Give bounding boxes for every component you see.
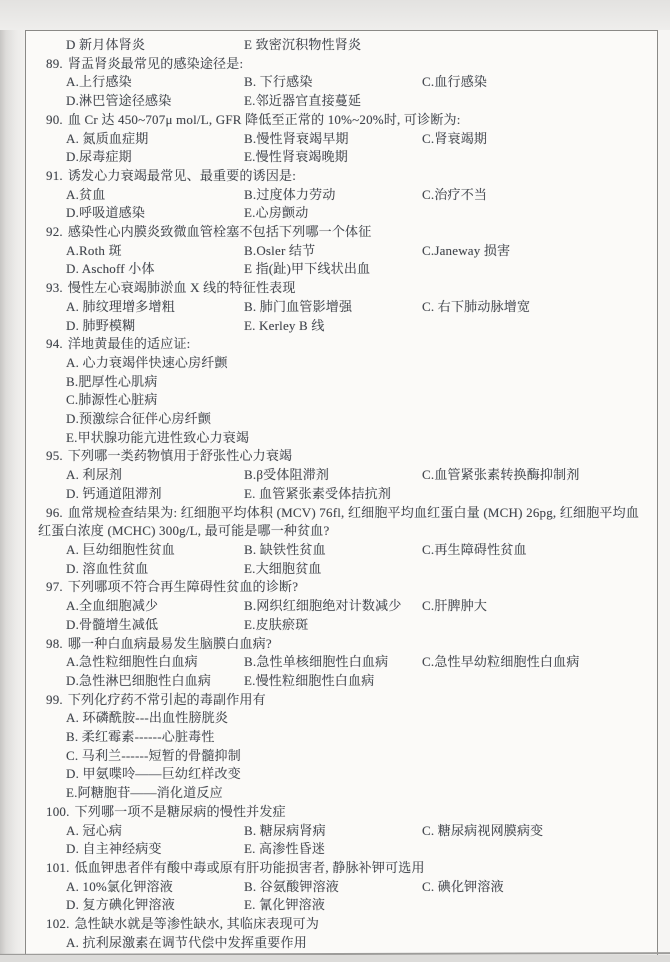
question-stem: 感染性心内膜炎致微血管栓塞不包括下列哪一个体征 [68,224,372,239]
question-number: 95. [46,448,63,463]
question-stem-line: 95.下列哪一类药物慎用于舒张性心力衰竭 [38,447,647,466]
question-number: 96. [46,505,63,520]
option: C.肾衰竭期 [422,130,487,149]
option-row: D. 肺野模糊E. Kerley B 线 [38,317,647,336]
option: B. 糖尿病肾病 [244,822,422,841]
option: C. 马利兰------短暂的骨髓抑制 [66,747,241,766]
option-row: A.贫血B.过度体力劳动C.治疗不当 [38,186,647,205]
question: 101.低血钾患者伴有酸中毒或原有肝功能损害者, 静脉补钾可选用A. 10%氯化… [38,859,647,915]
option: A. 利尿剂 [66,466,244,485]
question-number: 98. [46,636,63,651]
question-stem-line: 100.下列哪一项不是糖尿病的慢性并发症 [38,803,647,822]
option-row: C.肺源性心脏病 [38,391,647,410]
option: D. 甲氨喋呤——巨幼红样改变 [66,765,241,784]
question-stem: 肾盂肾炎最常见的感染途径是: [68,56,243,71]
option: D.尿毒症期 [66,148,244,167]
option: A.上行感染 [66,73,244,92]
option: B. 柔红霉素------心脏毒性 [66,728,215,747]
question-stem-line: 98.哪一种白血病最易发生脑膜白血病? [38,635,647,654]
option: C. 糖尿病视网膜病变 [422,822,543,841]
option: C.治疗不当 [422,186,487,205]
option: D. 钙通道阻滞剂 [66,485,244,504]
option: C.血行感染 [422,73,487,92]
question-stem-line: 99.下列化疗药不常引起的毒副作用有 [38,691,647,710]
question-number: 94. [46,336,63,351]
option: E.慢性肾衰竭晚期 [244,148,348,167]
option: A. 氮质血症期 [66,130,244,149]
question: 102.急性缺水就是等渗性缺水, 其临床表现可为A. 抗利尿激素在调节代偿中发挥… [38,915,647,952]
question-stem: 下列哪一类药物慎用于舒张性心力衰竭 [68,448,292,463]
option-row: A.Roth 斑B.Osler 结节C.Janeway 损害 [38,242,647,261]
question-number: 93. [46,280,63,295]
question-stem-line: 96.血常规检查结果为: 红细胞平均体积 (MCV) 76fl, 红细胞平均血红… [38,504,647,541]
option: A. 冠心病 [66,822,244,841]
question: 91.诱发心力衰竭最常见、最重要的诱因是:A.贫血B.过度体力劳动C.治疗不当D… [38,167,647,223]
question-stem: 下列哪一项不是糖尿病的慢性并发症 [75,804,286,819]
option: B.Osler 结节 [244,242,422,261]
option: B.肥厚性心肌病 [66,373,158,392]
question: 99.下列化疗药不常引起的毒副作用有A. 环磷酰胺---出血性膀胱炎B. 柔红霉… [38,691,647,803]
question: 93.慢性左心衰竭肺淤血 X 线的特征性表现A. 肺纹理增多增粗B. 肺门血管影… [38,279,647,335]
option: C.急性早幼粒细胞性白血病 [422,653,580,672]
option: C.肺源性心脏病 [66,391,158,410]
option: D 新月体肾炎 [66,36,244,55]
option: E 指(趾)甲下线状出血 [244,260,370,279]
option: E.心房颤动 [244,204,308,223]
option: C.再生障碍性贫血 [422,541,527,560]
option-row: D. 钙通道阻滞剂E. 血管紧张素受体拮抗剂 [38,485,647,504]
option: B.急性单核细胞性白血病 [244,653,422,672]
option-row: A. 肺纹理增多增粗B. 肺门血管影增强C. 右下肺动脉增宽 [38,298,647,317]
option: A. 肺纹理增多增粗 [66,298,244,317]
option-row: D.呼吸道感染E.心房颤动 [38,204,647,223]
option: D.预激综合征伴心房纤颤 [66,410,211,429]
option: B. 缺铁性贫血 [244,541,422,560]
question-stem: 急性缺水就是等渗性缺水, 其临床表现可为 [75,916,320,931]
option: D.呼吸道感染 [66,204,244,223]
option-row: A. 氮质血症期B.慢性肾衰竭早期C.肾衰竭期 [38,130,647,149]
question-stem: 下列哪项不符合再生障碍性贫血的诊断? [68,579,298,594]
option-row: E.阿糖胞苷——消化道反应 [38,784,647,803]
question-stem-line: 91.诱发心力衰竭最常见、最重要的诱因是: [38,167,647,186]
question-stem-line: 93.慢性左心衰竭肺淤血 X 线的特征性表现 [38,279,647,298]
option: E.慢性粒细胞性白血病 [244,672,374,691]
option: E. Kerley B 线 [244,317,325,336]
option-row: A. 环磷酰胺---出血性膀胱炎 [38,709,647,728]
option: A.Roth 斑 [66,242,244,261]
option-row: D.预激综合征伴心房纤颤 [38,410,647,429]
question-number: 92. [46,224,63,239]
question-stem-line: 90.血 Cr 达 450~707μ mol/L, GFR 降低至正常的 10%… [38,111,647,130]
option: D.急性淋巴细胞性白血病 [66,672,244,691]
option: A. 心力衰竭伴快速心房纤颤 [66,354,228,373]
question-number: 100. [46,804,70,819]
option: C. 右下肺动脉增宽 [422,298,530,317]
option-row: A. 抗利尿激素在调节代偿中发挥重要作用 [38,934,647,953]
option: E. 血管紧张素受体拮抗剂 [244,485,391,504]
scan-top-margin [0,0,670,30]
option-row: D. 自主神经病变E. 高渗性昏迷 [38,840,647,859]
option-row: A. 巨幼细胞性贫血B. 缺铁性贫血C.再生障碍性贫血 [38,541,647,560]
option: E.阿糖胞苷——消化道反应 [66,784,223,803]
option: E.邻近器官直接蔓延 [244,92,361,111]
question-stem: 哪一种白血病最易发生脑膜白血病? [68,636,272,651]
question: 100.下列哪一项不是糖尿病的慢性并发症A. 冠心病B. 糖尿病肾病C. 糖尿病… [38,803,647,859]
option-row: A.上行感染B. 下行感染C.血行感染 [38,73,647,92]
option-row: B.肥厚性心肌病 [38,373,647,392]
option-row: B. 柔红霉素------心脏毒性 [38,728,647,747]
exam-paper-frame: D 新月体肾炎E 致密沉积物性肾炎89.肾盂肾炎最常见的感染途径是:A.上行感染… [25,30,658,962]
question: 94.洋地黄最佳的适应证:A. 心力衰竭伴快速心房纤颤B.肥厚性心肌病C.肺源性… [38,335,647,447]
option: B.慢性肾衰竭早期 [244,130,422,149]
option: A. 抗利尿激素在调节代偿中发挥重要作用 [66,934,307,953]
option-row: A. 利尿剂B.β受体阻滞剂C.血管紧张素转换酶抑制剂 [38,466,647,485]
option-row: D.急性淋巴细胞性白血病E.慢性粒细胞性白血病 [38,672,647,691]
option-row: A. 10%氯化钾溶液B. 谷氨酸钾溶液C. 碘化钾溶液 [38,878,647,897]
option: D. 肺野模糊 [66,317,244,336]
question-stem-line: 97.下列哪项不符合再生障碍性贫血的诊断? [38,578,647,597]
option-row: A. 心力衰竭伴快速心房纤颤 [38,354,647,373]
question: 96.血常规检查结果为: 红细胞平均体积 (MCV) 76fl, 红细胞平均血红… [38,504,647,579]
option: B.网织红细胞绝对计数减少 [244,597,422,616]
option: D. Aschoff 小体 [66,260,244,279]
option-row: D. 溶血性贫血E.大细胞贫血 [38,560,647,579]
question-number: 97. [46,579,63,594]
option: D. 复方碘化钾溶液 [66,896,244,915]
option-row: D.骨髓增生减低E.皮肤瘀斑 [38,616,647,635]
option: A. 巨幼细胞性贫血 [66,541,244,560]
question-stem-line: 102.急性缺水就是等渗性缺水, 其临床表现可为 [38,915,647,934]
question: 90.血 Cr 达 450~707μ mol/L, GFR 降低至正常的 10%… [38,111,647,167]
option: A. 环磷酰胺---出血性膀胱炎 [66,709,228,728]
question-number: 99. [46,692,63,707]
question-stem-line: 94.洋地黄最佳的适应证: [38,335,647,354]
option: E. 高渗性昏迷 [244,840,325,859]
option: C. 碘化钾溶液 [422,878,504,897]
option: B. 肺门血管影增强 [244,298,422,317]
question-list: D 新月体肾炎E 致密沉积物性肾炎89.肾盂肾炎最常见的感染途径是:A.上行感染… [38,36,647,952]
question-number: 91. [46,168,63,183]
question: 98.哪一种白血病最易发生脑膜白血病?A.急性粒细胞性白血病B.急性单核细胞性白… [38,635,647,691]
option: A.贫血 [66,186,244,205]
option-row: D.淋巴管途径感染E.邻近器官直接蔓延 [38,92,647,111]
option: B.过度体力劳动 [244,186,422,205]
question-stem: 下列化疗药不常引起的毒副作用有 [68,692,266,707]
option: B. 谷氨酸钾溶液 [244,878,422,897]
option-row: D. 复方碘化钾溶液E. 氰化钾溶液 [38,896,647,915]
option: D. 溶血性贫血 [66,560,244,579]
question-stem-line: 101.低血钾患者伴有酸中毒或原有肝功能损害者, 静脉补钾可选用 [38,859,647,878]
question: 92.感染性心内膜炎致微血管栓塞不包括下列哪一个体征A.Roth 斑B.Osle… [38,223,647,279]
question-number: 101. [46,860,70,875]
option: E.大细胞贫血 [244,560,322,579]
question-stem: 洋地黄最佳的适应证: [68,336,191,351]
option: C.肝脾肿大 [422,597,487,616]
option-row: D. Aschoff 小体E 指(趾)甲下线状出血 [38,260,647,279]
option: D.骨髓增生减低 [66,616,244,635]
question: 97.下列哪项不符合再生障碍性贫血的诊断?A.全血细胞减少B.网织红细胞绝对计数… [38,578,647,634]
option: C.Janeway 损害 [422,242,510,261]
option-row: E.甲状腺功能亢进性致心力衰竭 [38,429,647,448]
option: D.淋巴管途径感染 [66,92,244,111]
option: E 致密沉积物性肾炎 [244,36,361,55]
option: B. 下行感染 [244,73,422,92]
option: E.甲状腺功能亢进性致心力衰竭 [66,429,249,448]
option: C.血管紧张素转换酶抑制剂 [422,466,580,485]
scan-bottom-margin [0,955,670,962]
option: D. 自主神经病变 [66,840,244,859]
option: A. 10%氯化钾溶液 [66,878,244,897]
option: A.急性粒细胞性白血病 [66,653,244,672]
question: 89.肾盂肾炎最常见的感染途径是:A.上行感染B. 下行感染C.血行感染D.淋巴… [38,55,647,111]
option: A.全血细胞减少 [66,597,244,616]
option-row: A. 冠心病B. 糖尿病肾病C. 糖尿病视网膜病变 [38,822,647,841]
question-stem: 低血钾患者伴有酸中毒或原有肝功能损害者, 静脉补钾可选用 [75,860,425,875]
question-stem: 慢性左心衰竭肺淤血 X 线的特征性表现 [68,280,296,295]
option-row: A.急性粒细胞性白血病B.急性单核细胞性白血病C.急性早幼粒细胞性白血病 [38,653,647,672]
question-stem-line: 92.感染性心内膜炎致微血管栓塞不包括下列哪一个体征 [38,223,647,242]
question: 95.下列哪一类药物慎用于舒张性心力衰竭A. 利尿剂B.β受体阻滞剂C.血管紧张… [38,447,647,503]
option: E.皮肤瘀斑 [244,616,308,635]
option-row: C. 马利兰------短暂的骨髓抑制 [38,747,647,766]
question-number: 90. [46,112,63,127]
question-stem-line: 89.肾盂肾炎最常见的感染途径是: [38,55,647,74]
option: E. 氰化钾溶液 [244,896,325,915]
option: B.β受体阻滞剂 [244,466,422,485]
question-stem: 血常规检查结果为: 红细胞平均体积 (MCV) 76fl, 红细胞平均血红蛋白量… [38,505,639,539]
question-number: 102. [46,916,70,931]
option-row: D.尿毒症期E.慢性肾衰竭晚期 [38,148,647,167]
question: D 新月体肾炎E 致密沉积物性肾炎 [38,36,647,55]
question-stem: 诱发心力衰竭最常见、最重要的诱因是: [68,168,296,183]
question-stem: 血 Cr 达 450~707μ mol/L, GFR 降低至正常的 10%~20… [68,112,461,127]
option-row: A.全血细胞减少B.网织红细胞绝对计数减少C.肝脾肿大 [38,597,647,616]
option-row: D. 甲氨喋呤——巨幼红样改变 [38,765,647,784]
question-number: 89. [46,56,63,71]
option-row: D 新月体肾炎E 致密沉积物性肾炎 [38,36,647,55]
